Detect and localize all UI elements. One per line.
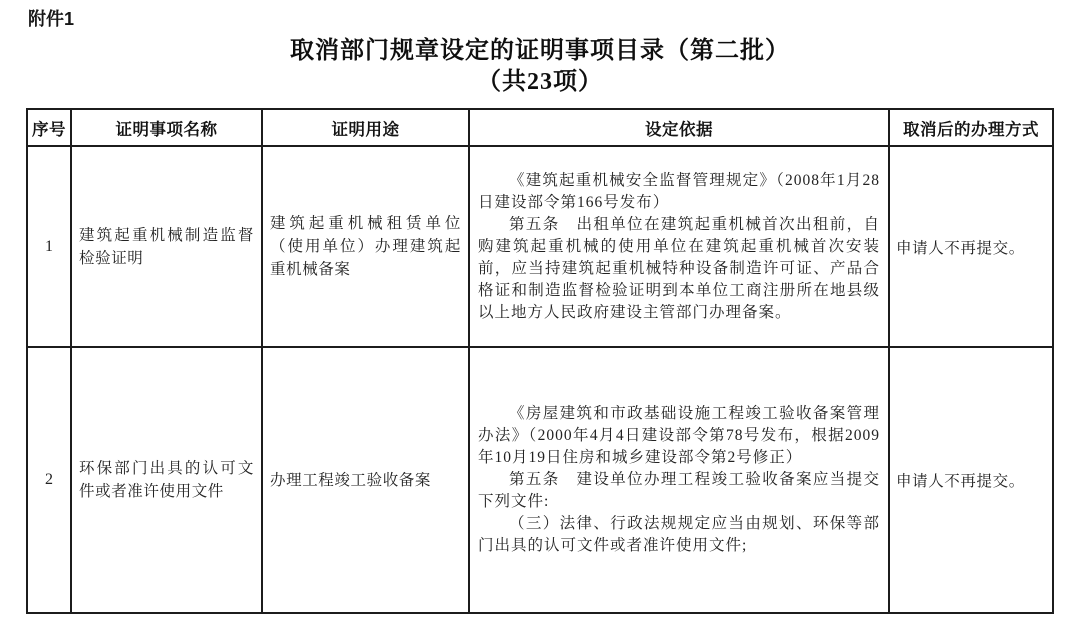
cell-after-cancellation: 申请人不再提交。	[889, 347, 1053, 613]
cell-purpose: 办理工程竣工验收备案	[262, 347, 469, 613]
basis-paragraph: 《房屋建筑和市政基础设施工程竣工验收备案管理办法》（2000年4月4日建设部令第…	[478, 403, 880, 469]
cell-after-cancellation: 申请人不再提交。	[889, 146, 1053, 347]
cell-basis: 《建筑起重机械安全监督管理规定》（2008年1月28日建设部令第166号发布） …	[469, 146, 889, 347]
header-purpose: 证明用途	[262, 109, 469, 146]
cell-purpose: 建筑起重机械租赁单位（使用单位）办理建筑起重机械备案	[262, 146, 469, 347]
header-item-name: 证明事项名称	[71, 109, 262, 146]
catalog-table: 序号 证明事项名称 证明用途 设定依据 取消后的办理方式 1 建筑起重机械制造监…	[26, 108, 1054, 614]
cell-index: 2	[27, 347, 71, 613]
basis-paragraph: 《建筑起重机械安全监督管理规定》（2008年1月28日建设部令第166号发布）	[478, 170, 880, 214]
document-title-line2: （共23项）	[0, 67, 1080, 98]
header-after-cancellation: 取消后的办理方式	[889, 109, 1053, 146]
header-index: 序号	[27, 109, 71, 146]
document-page: 附件1 取消部门规章设定的证明事项目录（第二批） （共23项） 序号 证明事项名…	[0, 8, 1080, 631]
header-basis: 设定依据	[469, 109, 889, 146]
basis-paragraph: 第五条 出租单位在建筑起重机械首次出租前，自购建筑起重机械的使用单位在建筑起重机…	[478, 214, 880, 324]
cell-item-name: 环保部门出具的认可文件或者准许使用文件	[71, 347, 262, 613]
document-title-line1: 取消部门规章设定的证明事项目录（第二批）	[0, 36, 1080, 67]
table-row: 1 建筑起重机械制造监督检验证明 建筑起重机械租赁单位（使用单位）办理建筑起重机…	[27, 146, 1053, 347]
document-title: 取消部门规章设定的证明事项目录（第二批） （共23项）	[0, 36, 1080, 98]
table-header-row: 序号 证明事项名称 证明用途 设定依据 取消后的办理方式	[27, 109, 1053, 146]
basis-paragraph: 第五条 建设单位办理工程竣工验收备案应当提交下列文件:	[478, 469, 880, 513]
cell-item-name: 建筑起重机械制造监督检验证明	[71, 146, 262, 347]
cell-index: 1	[27, 146, 71, 347]
basis-paragraph: （三）法律、行政法规规定应当由规划、环保等部门出具的认可文件或者准许使用文件;	[478, 513, 880, 557]
table-row: 2 环保部门出具的认可文件或者准许使用文件 办理工程竣工验收备案 《房屋建筑和市…	[27, 347, 1053, 613]
attachment-label: 附件1	[28, 8, 1080, 30]
cell-basis: 《房屋建筑和市政基础设施工程竣工验收备案管理办法》（2000年4月4日建设部令第…	[469, 347, 889, 613]
